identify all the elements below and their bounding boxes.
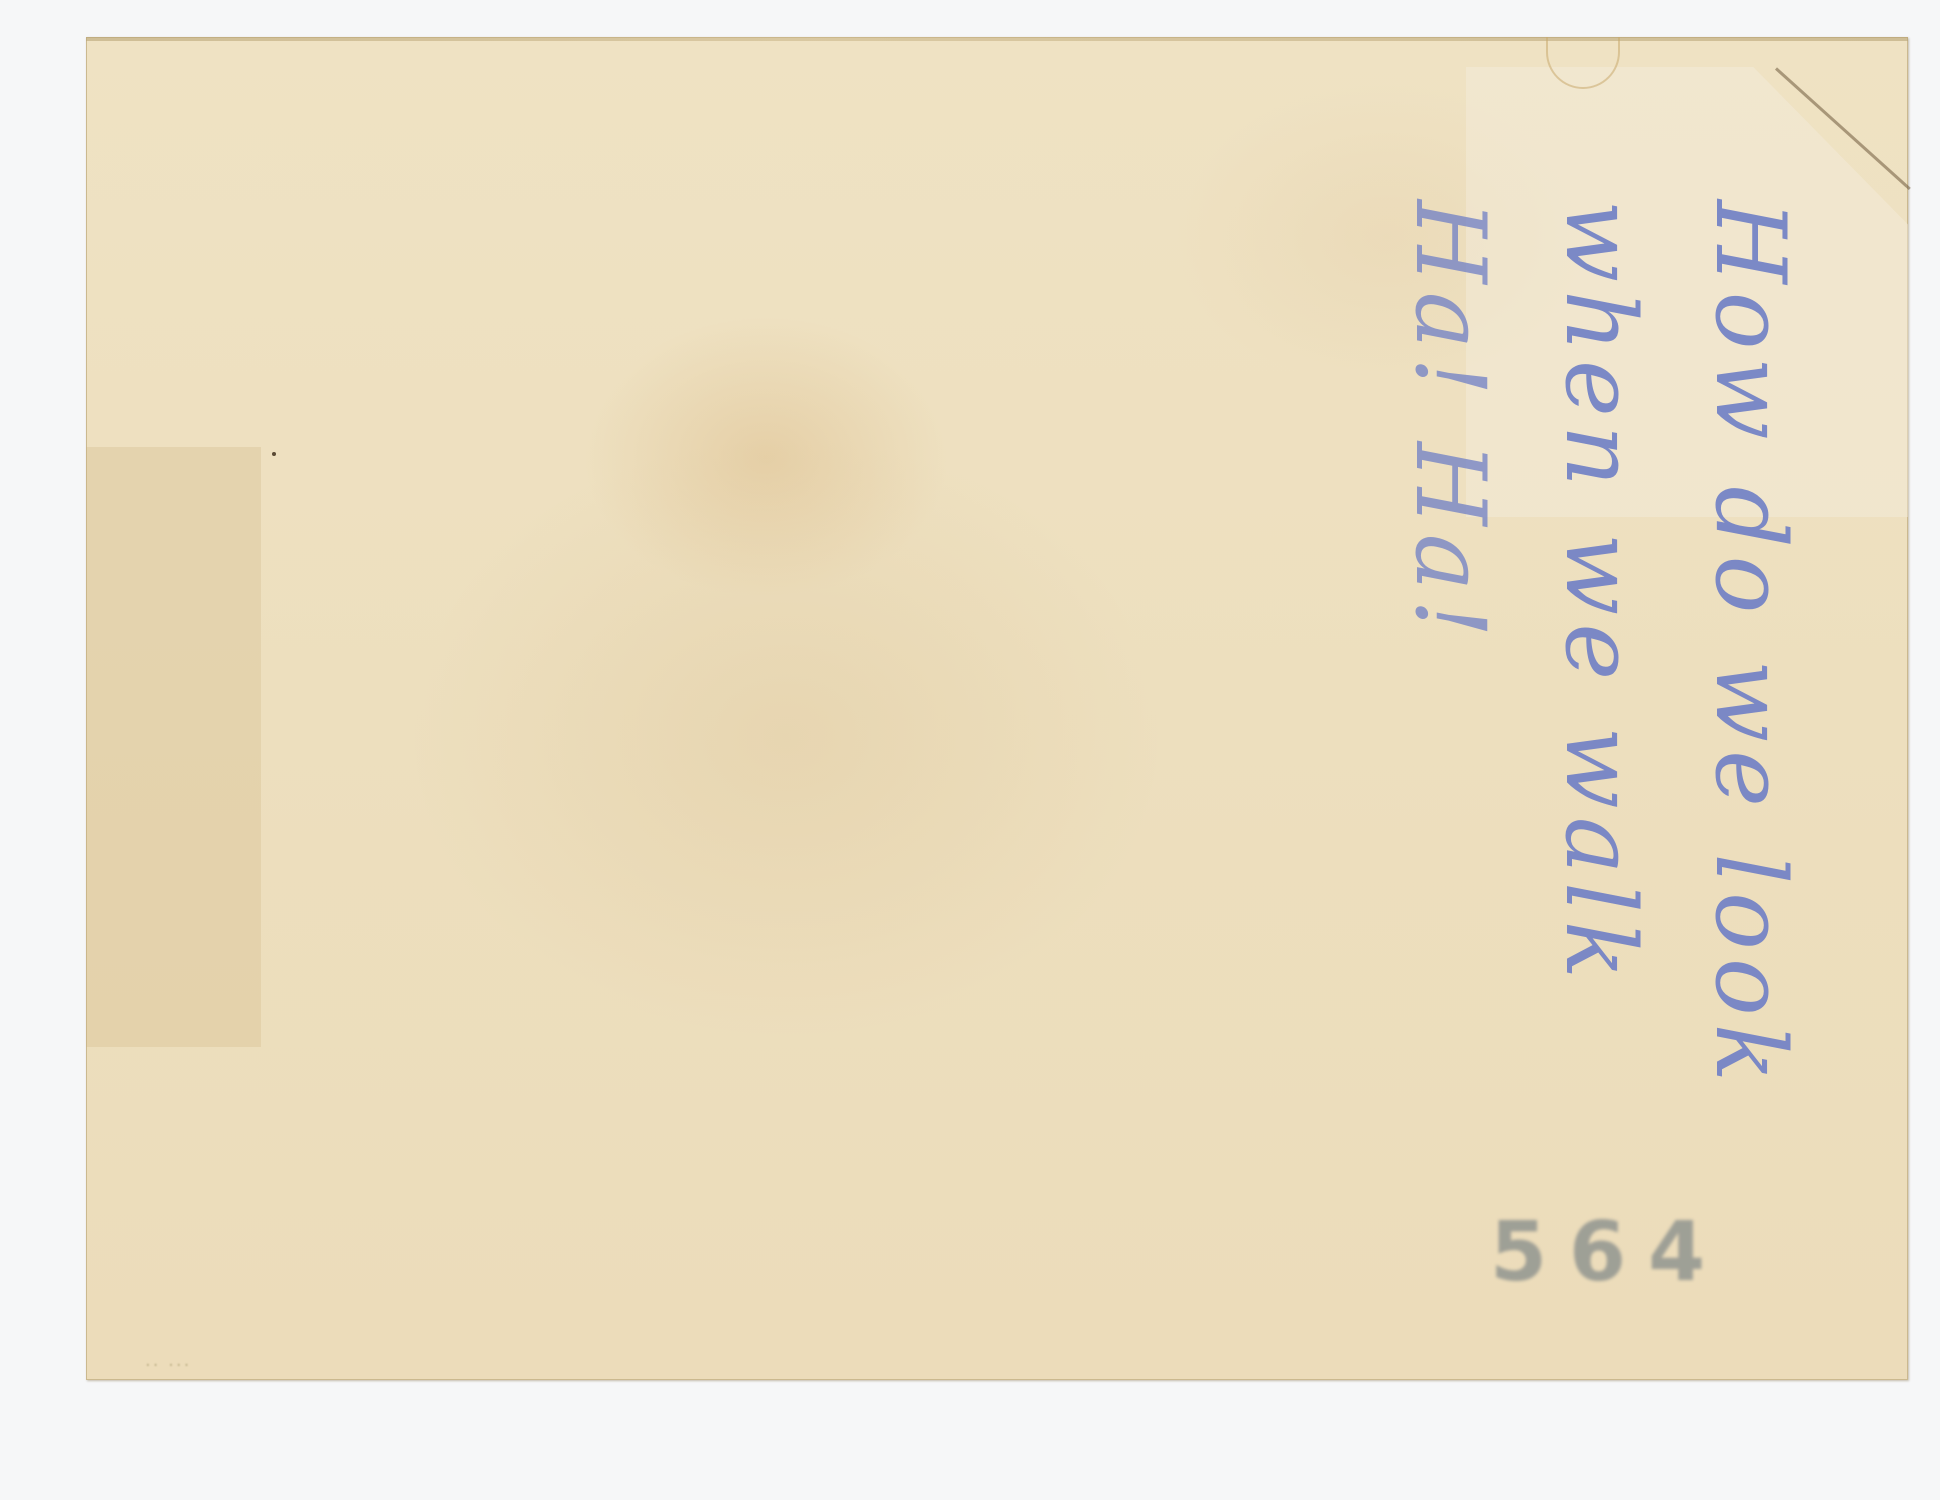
handwriting-line-3: Ha! Ha! xyxy=(1375,200,1525,1300)
faint-printed-mark: ·· ··· xyxy=(145,1355,191,1376)
speck xyxy=(272,452,276,456)
glue-residue-left xyxy=(86,447,261,1047)
handwriting-line-1: How do we look xyxy=(1675,200,1825,1300)
handwritten-note: How do we look when we walk Ha! Ha! xyxy=(1505,200,1825,1300)
stamped-number: 564 xyxy=(1490,1205,1727,1300)
card-edge xyxy=(86,37,1908,41)
handwriting-line-2: when we walk xyxy=(1525,200,1675,1300)
